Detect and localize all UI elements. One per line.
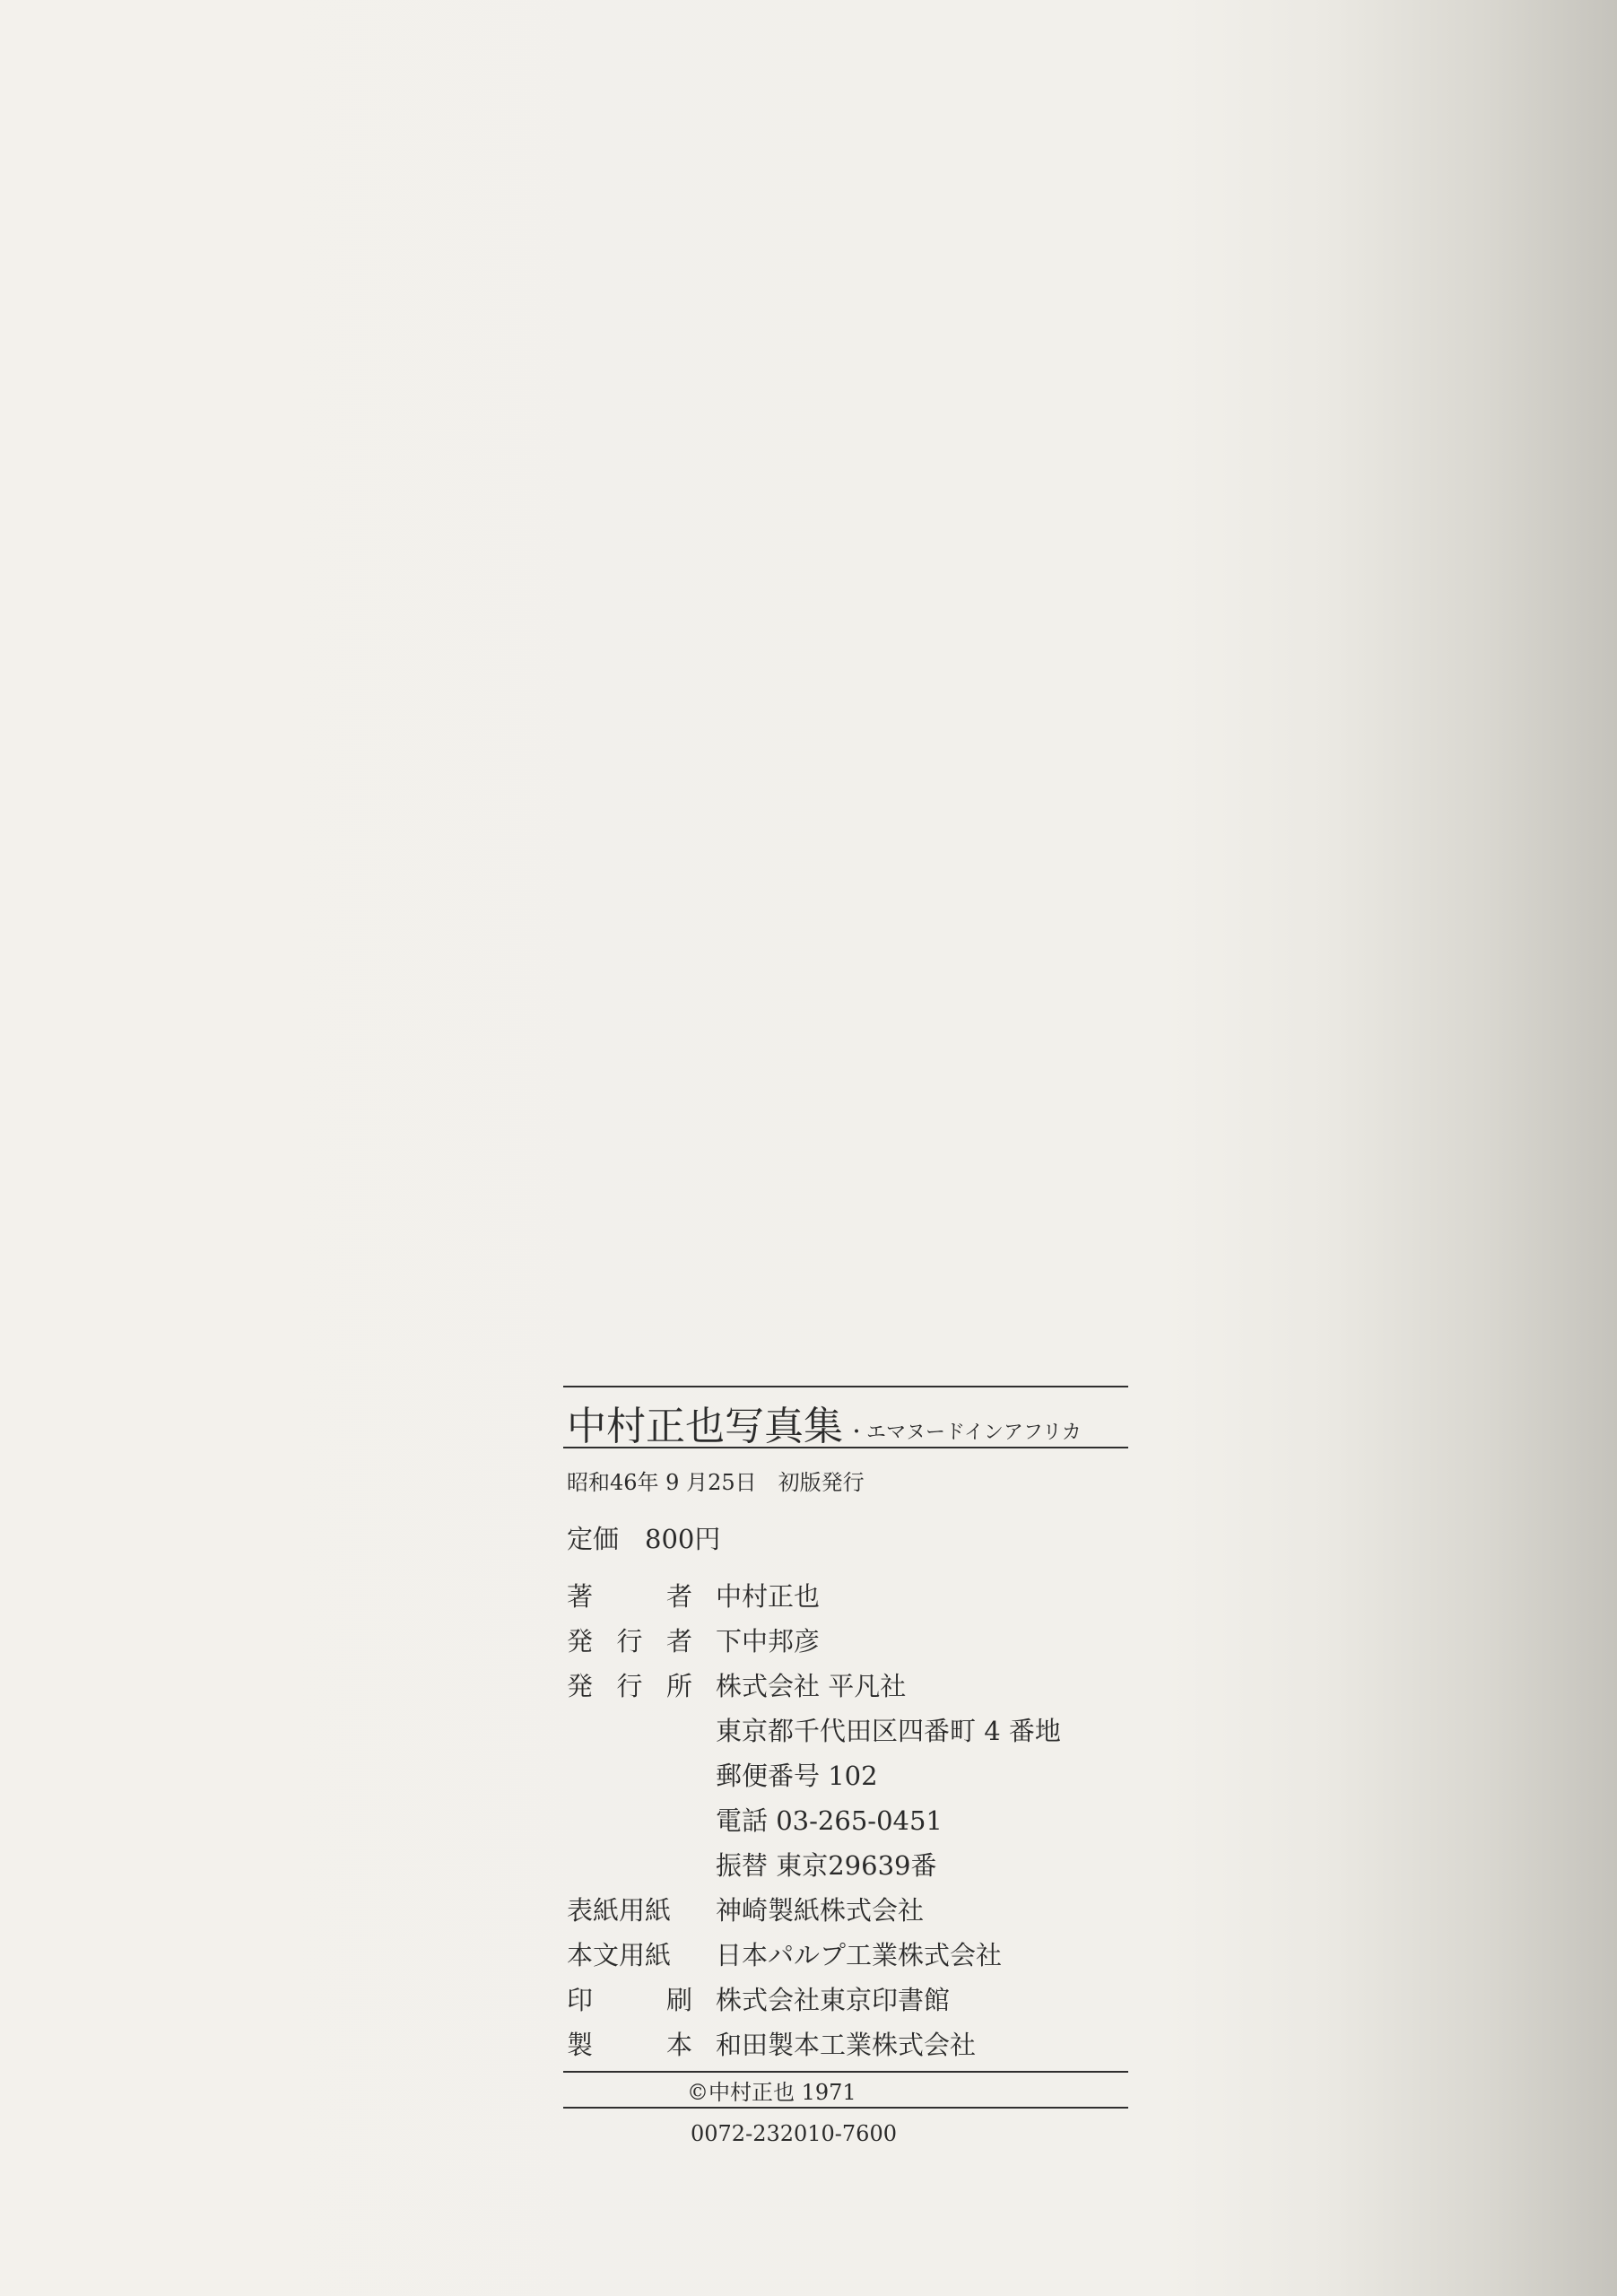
row-label: 著者 — [567, 1577, 716, 1613]
row-label-char: 者 — [666, 1622, 692, 1658]
colophon: 中村正也写真集 ・エマヌードインアフリカ 昭和46年 9 月25日 初版発行 定… — [563, 1386, 1130, 2146]
colophon-row: 電話 03-265-0451 — [567, 1796, 1130, 1841]
row-value: 下中邦彦 — [716, 1622, 1130, 1658]
book-title: 中村正也写真集 — [567, 1407, 843, 1447]
colophon-rows: 著者中村正也発行者下中邦彦発行所株式会社 平凡社 東京都千代田区四番町 4 番地… — [563, 1572, 1130, 2066]
row-label-char: 著 — [567, 1577, 593, 1613]
row-label-char: 本 — [666, 2025, 692, 2062]
row-value: 神崎製紙株式会社 — [716, 1891, 1130, 1927]
colophon-row: 本文用紙日本パルプ工業株式会社 — [567, 1931, 1130, 1976]
row-value: 株式会社 平凡社 — [716, 1666, 1130, 1703]
colophon-row: 表紙用紙神崎製紙株式会社 — [567, 1886, 1130, 1931]
row-label: 本文用紙 — [567, 1935, 716, 1972]
colophon-row: 製本和田製本工業株式会社 — [567, 2021, 1130, 2066]
row-label-char: 発 — [567, 1622, 593, 1658]
row-label: 印刷 — [567, 1980, 716, 2017]
colophon-row: 郵便番号 102 — [567, 1752, 1130, 1796]
book-subtitle: ・エマヌードインアフリカ — [847, 1423, 1082, 1447]
book-code: 0072-232010-7600 — [563, 2121, 1130, 2146]
row-label-char: 製 — [567, 2025, 593, 2062]
colophon-row: 印刷株式会社東京印書館 — [567, 1976, 1130, 2021]
row-value: 振替 東京29639番 — [716, 1846, 1130, 1883]
row-label: 発行者 — [567, 1622, 716, 1658]
row-label-char: 本文用紙 — [567, 1935, 671, 1972]
row-label: 製本 — [567, 2025, 716, 2062]
colophon-row: 発行所株式会社 平凡社 — [567, 1662, 1130, 1707]
colophon-row: 発行者下中邦彦 — [567, 1617, 1130, 1662]
publication-date: 昭和46年 9 月25日 初版発行 — [563, 1465, 1130, 1496]
row-value: 電話 03-265-0451 — [716, 1801, 1130, 1838]
row-label-char: 刷 — [666, 1980, 692, 2017]
row-value: 郵便番号 102 — [716, 1756, 1130, 1793]
copyright-bottom-rule — [563, 2107, 1128, 2109]
price: 定価 800円 — [563, 1519, 1130, 1556]
colophon-row: 著者中村正也 — [567, 1572, 1130, 1617]
row-label: 発行所 — [567, 1666, 716, 1703]
row-label-char: 表紙用紙 — [567, 1891, 671, 1927]
row-value: 和田製本工業株式会社 — [716, 2025, 1130, 2062]
row-label-char: 者 — [666, 1577, 692, 1613]
row-label-char: 行 — [616, 1622, 642, 1658]
row-value: 株式会社東京印書館 — [716, 1980, 1130, 2017]
row-value: 中村正也 — [716, 1577, 1130, 1613]
row-label: 表紙用紙 — [567, 1891, 716, 1927]
book-title-row: 中村正也写真集 ・エマヌードインアフリカ — [563, 1387, 1130, 1447]
row-label-char: 発 — [567, 1666, 593, 1703]
row-value: 東京都千代田区四番町 4 番地 — [716, 1711, 1130, 1748]
copyright: ©中村正也 1971 — [563, 2073, 1130, 2107]
colophon-row: 東京都千代田区四番町 4 番地 — [567, 1707, 1130, 1752]
row-value: 日本パルプ工業株式会社 — [716, 1935, 1130, 1972]
row-label-char: 所 — [666, 1666, 692, 1703]
row-label-char: 行 — [616, 1666, 642, 1703]
colophon-row: 振替 東京29639番 — [567, 1841, 1130, 1886]
row-label-char: 印 — [567, 1980, 593, 2017]
